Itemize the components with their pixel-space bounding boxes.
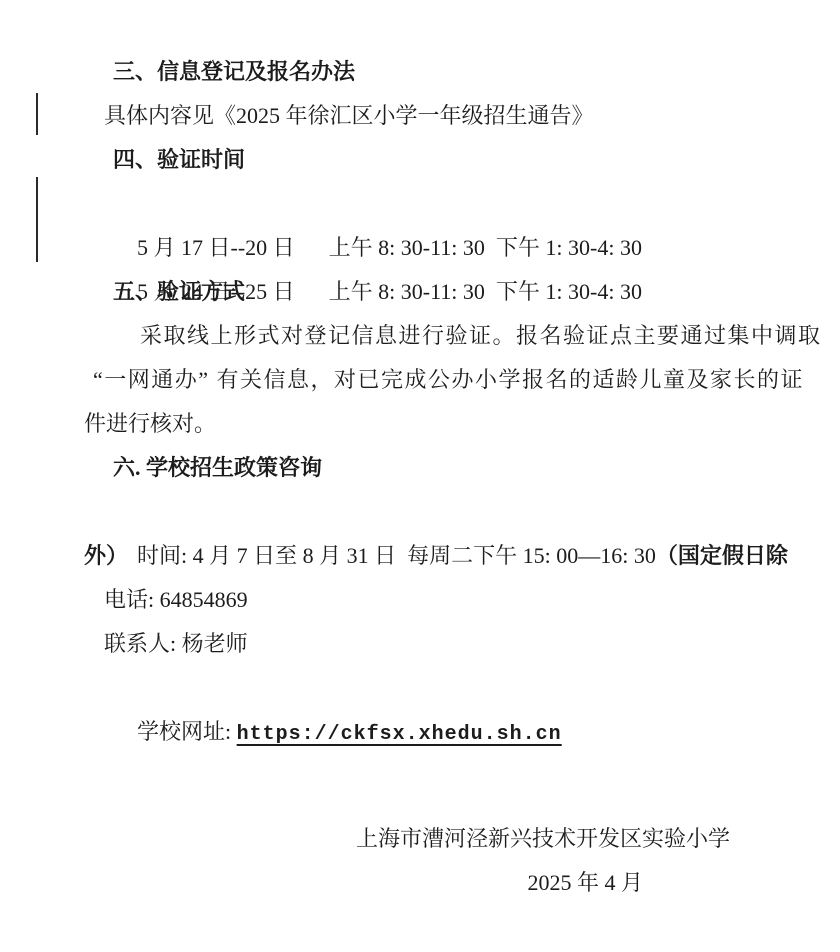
document-date: 2025 年 4 月	[84, 861, 643, 905]
document-body: 三、信息登记及报名办法 具体内容见《2025 年徐汇区小学一年级招生通告》 四、…	[0, 0, 840, 905]
school-website-link[interactable]: https://ckfsx.xhedu.sh.cn	[237, 723, 562, 746]
website-label: 学校网址:	[137, 719, 237, 744]
contact-line: 联系人: 杨老师	[104, 622, 756, 666]
signature-block: 上海市漕河泾新兴技术开发区实验小学 2025 年 4 月	[84, 817, 756, 905]
section-5-paragraph-line: “一网通办” 有关信息，对已完成公办小学报名的适龄儿童及家长的证	[93, 358, 756, 402]
consult-time-text: 时间: 4 月 7 日至 8 月 31 日 每周二下午 15: 00—16: 3…	[137, 543, 656, 568]
holiday-note-bold: （国定假日除	[656, 543, 788, 568]
school-name: 上海市漕河泾新兴技术开发区实验小学	[84, 817, 730, 861]
section-3-body: 具体内容见《2025 年徐汇区小学一年级招生通告》	[104, 94, 756, 138]
document-page: 三、信息登记及报名办法 具体内容见《2025 年徐汇区小学一年级招生通告》 四、…	[0, 0, 840, 952]
revision-bar	[36, 93, 38, 135]
schedule-times: 上午 8: 30-11: 30 下午 1: 30-4: 30	[329, 279, 642, 304]
website-line: 学校网址: https://ckfsx.xhedu.sh.cn	[104, 666, 756, 710]
consult-time-line: 时间: 4 月 7 日至 8 月 31 日 每周二下午 15: 00—16: 3…	[104, 490, 756, 534]
revision-bar	[36, 177, 38, 262]
section-3-heading: 三、信息登记及报名办法	[113, 50, 756, 94]
section-5-paragraph-line: 件进行核对。	[84, 402, 756, 446]
section-4-heading: 四、验证时间	[113, 138, 756, 182]
verification-schedule-row: 5 月 17 日--20 日上午 8: 30-11: 30 下午 1: 30-4…	[104, 182, 756, 226]
phone-line: 电话: 64854869	[104, 578, 756, 622]
schedule-dates: 5 月 17 日--20 日	[137, 235, 295, 260]
section-6-heading: 六. 学校招生政策咨询	[113, 446, 756, 490]
section-5-paragraph-line: 采取线上形式对登记信息进行验证。报名验证点主要通过集中调取	[140, 314, 756, 358]
schedule-times: 上午 8: 30-11: 30 下午 1: 30-4: 30	[329, 235, 642, 260]
